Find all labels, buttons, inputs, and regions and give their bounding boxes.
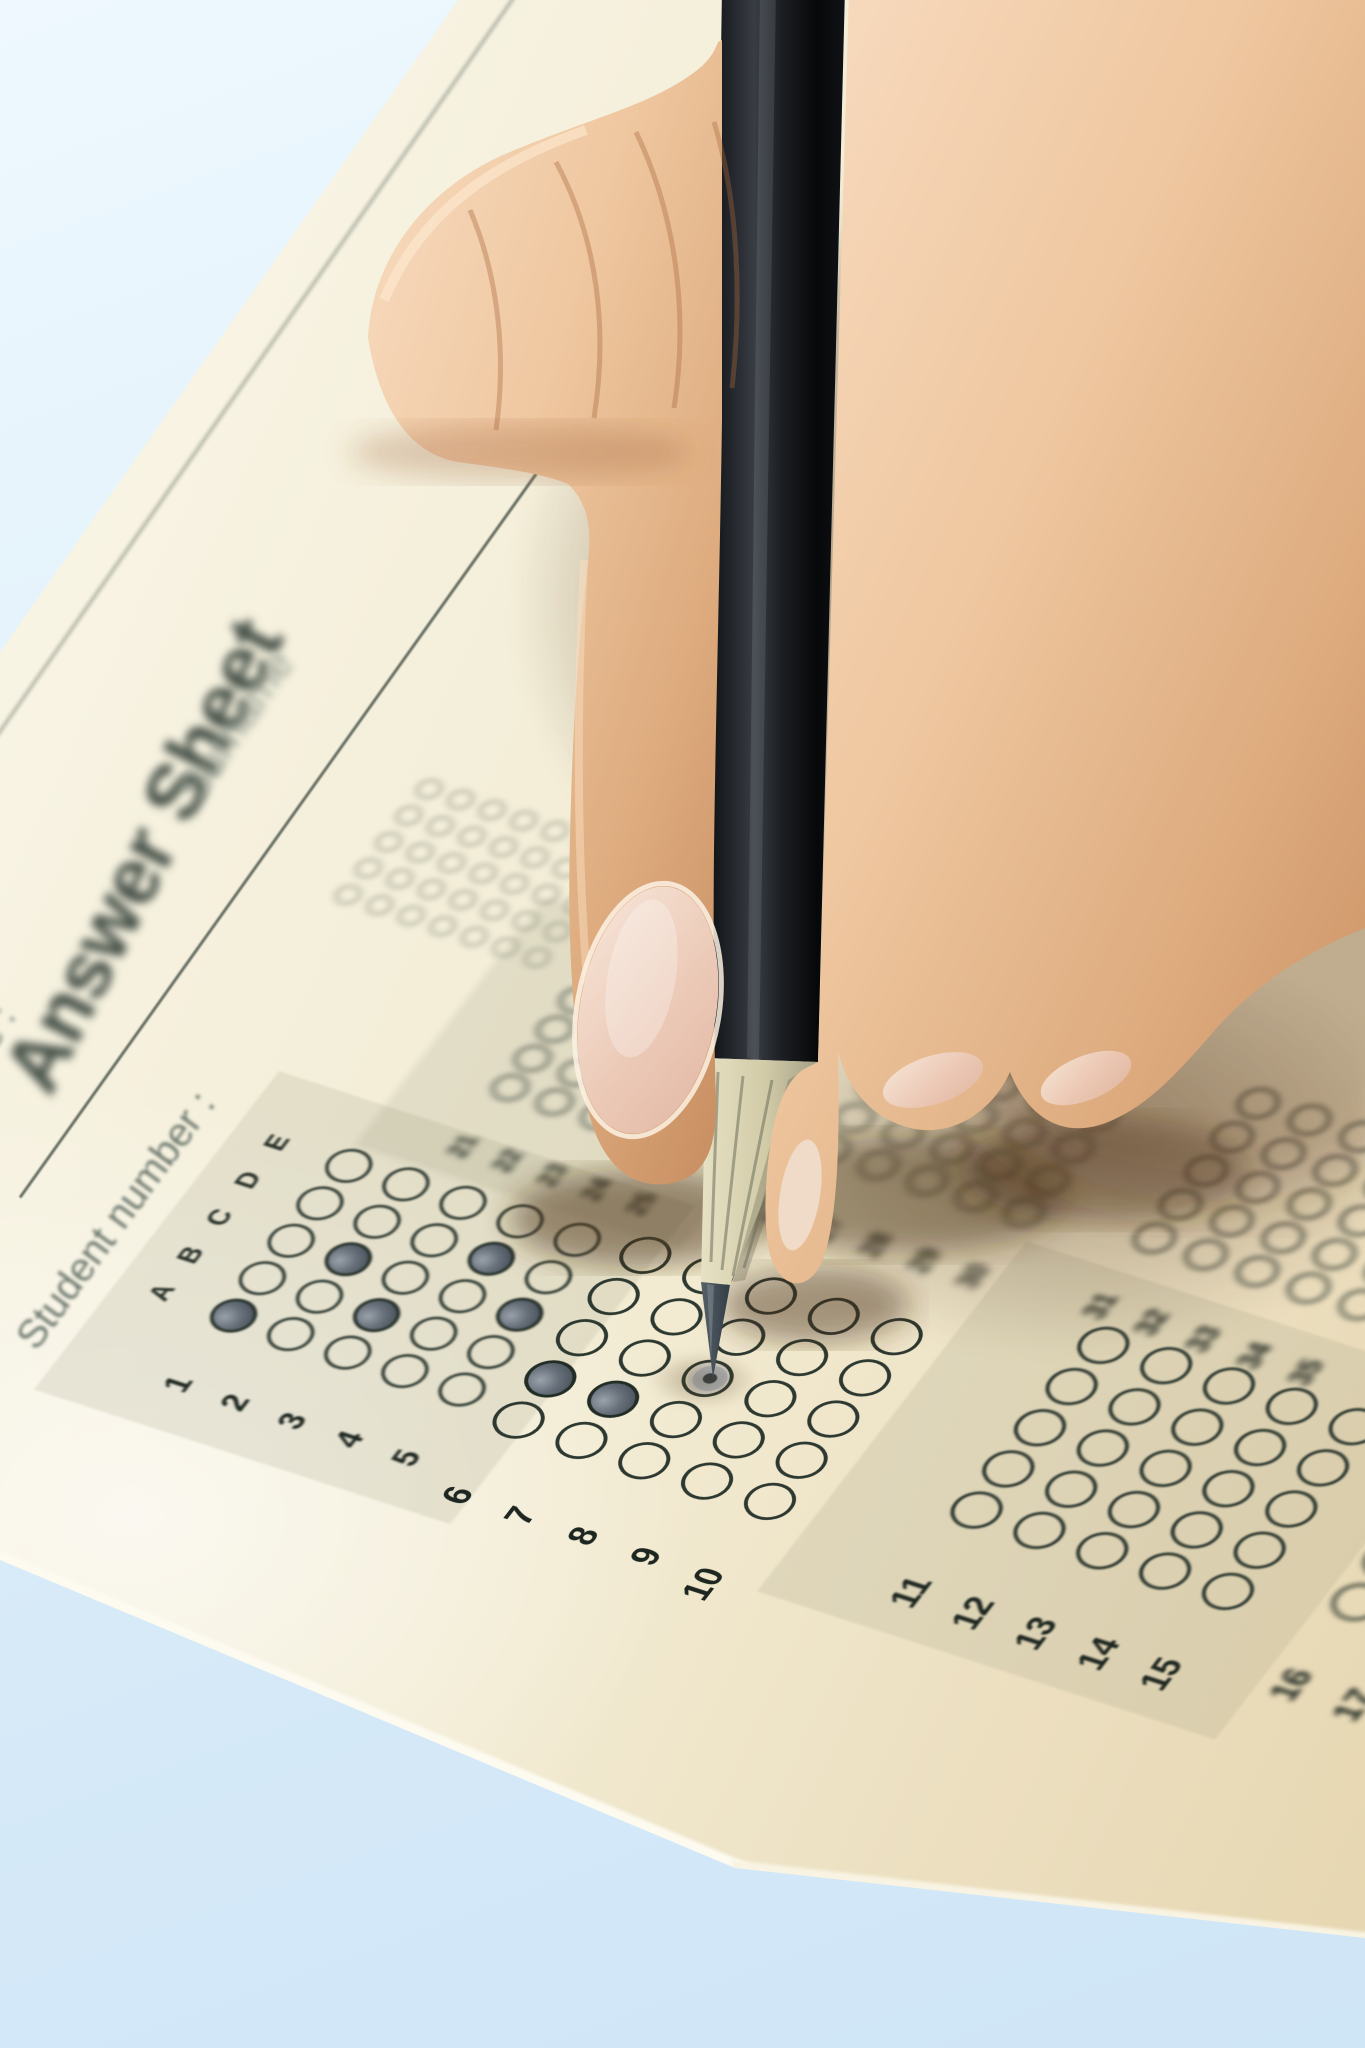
answer-sheet-paper: Answer Sheet Surname Name : Student numb… <box>0 0 1365 2048</box>
hand-shadow <box>0 0 1365 2048</box>
pencil-tip-shadow <box>648 1352 758 1408</box>
photo-scene: Answer Sheet Surname Name : Student numb… <box>0 0 1365 2048</box>
